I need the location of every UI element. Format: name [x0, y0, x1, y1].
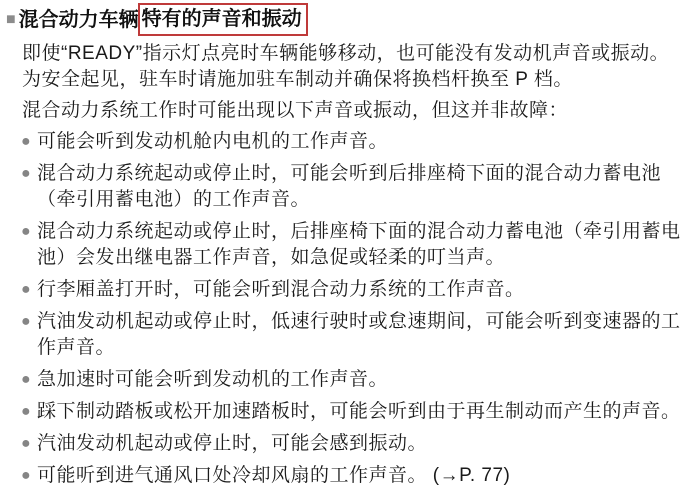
list-item: ●汽油发动机起动或停止时，可能会感到振动。: [6, 431, 698, 457]
bullet-icon: ●: [21, 309, 37, 361]
highlight-box: 特有的声音和振动: [138, 3, 308, 36]
paragraph-lines: 行李厢盖打开时，可能会听到混合动力系统的工作声音。: [37, 277, 525, 303]
bullet-icon: ●: [21, 431, 37, 457]
text-line: 踩下制动踏板或松开加速踏板时，可能会听到由于再生制动而产生的声音。: [37, 399, 681, 425]
paragraph-lines: 急加速时可能会听到发动机的工作声音。: [37, 367, 388, 393]
text-line: 汽油发动机起动或停止时，可能会感到振动。: [37, 431, 427, 457]
paragraph-lines: 混合动力系统工作时可能出现以下声音或振动，但这并非故障：: [22, 98, 698, 124]
paragraph-lines: 即使“READY”指示灯点亮时车辆能够移动，也可能没有发动机声音或振动。为安全起…: [22, 41, 698, 93]
text-line: 混合动力系统起动或停止时，后排座椅下面的混合动力蓄电池（牵引用蓄电: [37, 219, 681, 245]
bullet-icon: ●: [21, 463, 37, 489]
bullet-icon: ●: [21, 219, 37, 271]
section-title: ■ 混合动力车辆 特有的声音和振动: [6, 3, 698, 36]
list-item: ●混合动力系统起动或停止时，后排座椅下面的混合动力蓄电池（牵引用蓄电池）会发出继…: [6, 219, 698, 271]
section-title-text: 混合动力车辆: [19, 6, 139, 34]
bullet-icon: ●: [21, 277, 37, 303]
paragraph-lines: 踩下制动踏板或松开加速踏板时，可能会听到由于再生制动而产生的声音。: [37, 399, 681, 425]
paragraph-lines: 汽油发动机起动或停止时，低速行驶时或怠速期间，可能会听到变速器的工作声音。: [37, 309, 681, 361]
text-line: 行李厢盖打开时，可能会听到混合动力系统的工作声音。: [37, 277, 525, 303]
bullet-icon: ●: [21, 399, 37, 425]
bullet-icon: ●: [21, 129, 37, 155]
list-item: ●混合动力系统起动或停止时，可能会听到后排座椅下面的混合动力蓄电池（牵引用蓄电池…: [6, 161, 698, 213]
list-item: ●可能听到进气通风口处冷却风扇的工作声音。 (→P. 77): [6, 463, 698, 489]
paragraph-lines: 混合动力系统起动或停止时，可能会听到后排座椅下面的混合动力蓄电池（牵引用蓄电池）…: [37, 161, 661, 213]
list-item: ●踩下制动踏板或松开加速踏板时，可能会听到由于再生制动而产生的声音。: [6, 399, 698, 425]
paragraph: 即使“READY”指示灯点亮时车辆能够移动，也可能没有发动机声音或振动。为安全起…: [6, 41, 698, 93]
text-line: 混合动力系统起动或停止时，可能会听到后排座椅下面的混合动力蓄电池: [37, 161, 661, 187]
text-line: 可能会听到发动机舱内电机的工作声音。: [37, 129, 388, 155]
list-item: ●可能会听到发动机舱内电机的工作声音。: [6, 129, 698, 155]
body-content: 即使“READY”指示灯点亮时车辆能够移动，也可能没有发动机声音或振动。为安全起…: [6, 41, 698, 489]
text-line: （牵引用蓄电池）的工作声音。: [37, 187, 661, 213]
section-square-icon: ■: [6, 6, 16, 34]
paragraph-lines: 混合动力系统起动或停止时，后排座椅下面的混合动力蓄电池（牵引用蓄电池）会发出继电…: [37, 219, 681, 271]
text-line: 作声音。: [37, 335, 681, 361]
bullet-icon: ●: [21, 367, 37, 393]
text-line: 混合动力系统工作时可能出现以下声音或振动，但这并非故障：: [22, 98, 698, 124]
manual-page: ■ 混合动力车辆 特有的声音和振动 即使“READY”指示灯点亮时车辆能够移动，…: [0, 0, 700, 489]
list-item: ●急加速时可能会听到发动机的工作声音。: [6, 367, 698, 393]
text-line: 可能听到进气通风口处冷却风扇的工作声音。 (→P. 77): [37, 463, 510, 489]
text-line: 为安全起见，驻车时请施加驻车制动并确保将换档杆换至 P 档。: [22, 67, 698, 93]
text-line: 即使“READY”指示灯点亮时车辆能够移动，也可能没有发动机声音或振动。: [22, 41, 698, 67]
text-line: 池）会发出继电器工作声音，如急促或轻柔的叮当声。: [37, 245, 681, 271]
text-line: 汽油发动机起动或停止时，低速行驶时或怠速期间，可能会听到变速器的工: [37, 309, 681, 335]
paragraph-lines: 汽油发动机起动或停止时，可能会感到振动。: [37, 431, 427, 457]
list-item: ●行李厢盖打开时，可能会听到混合动力系统的工作声音。: [6, 277, 698, 303]
bullet-icon: ●: [21, 161, 37, 213]
paragraph: 混合动力系统工作时可能出现以下声音或振动，但这并非故障：: [6, 98, 698, 124]
text-line: 急加速时可能会听到发动机的工作声音。: [37, 367, 388, 393]
paragraph-lines: 可能会听到发动机舱内电机的工作声音。: [37, 129, 388, 155]
paragraph-lines: 可能听到进气通风口处冷却风扇的工作声音。 (→P. 77): [37, 463, 510, 489]
list-item: ●汽油发动机起动或停止时，低速行驶时或怠速期间，可能会听到变速器的工作声音。: [6, 309, 698, 361]
